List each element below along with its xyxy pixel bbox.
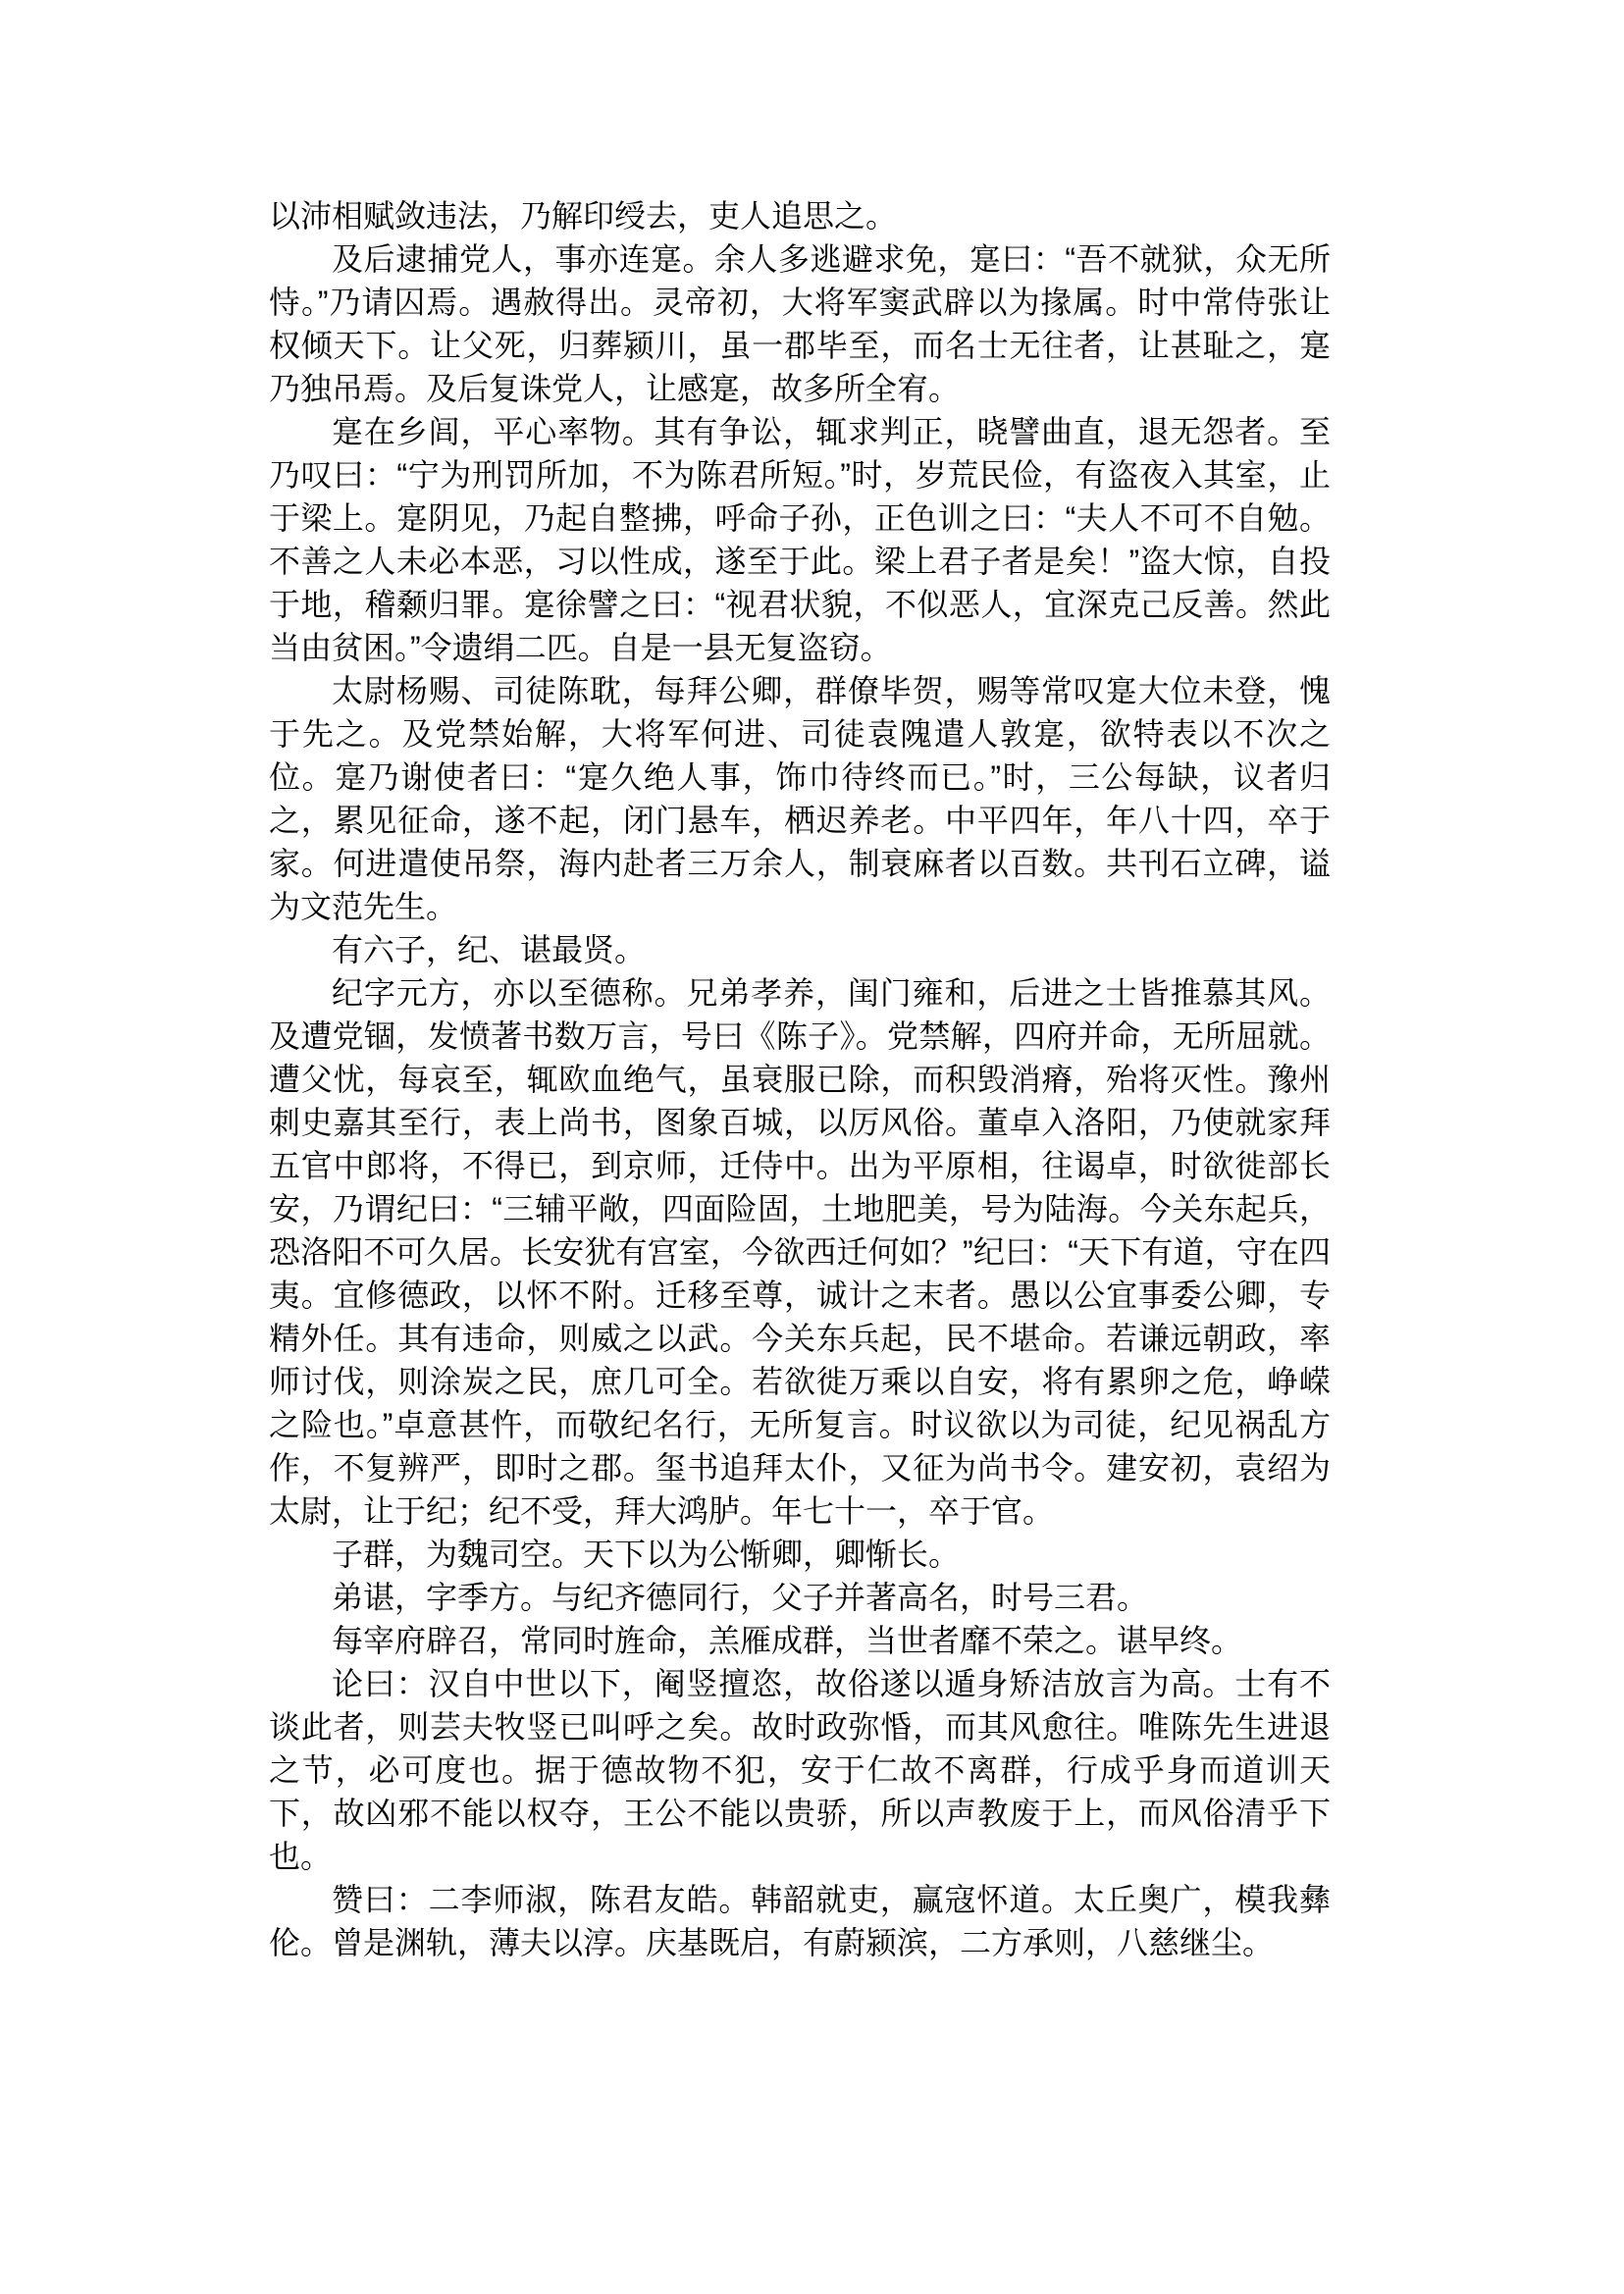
paragraph: 有六子，纪、谌最贤。 [269, 928, 1331, 971]
paragraph: 赞曰：二李师淑，陈君友皓。韩韶就吏，赢寇怀道。太丘奥广，模我彝伦。曾是渊轨，薄夫… [269, 1878, 1331, 1964]
paragraph: 及后逮捕党人，事亦连寔。余人多逃避求免，寔曰：“吾不就狱，众无所恃。”乃请囚焉。… [269, 237, 1331, 410]
paragraph: 寔在乡闾，平心率物。其有争讼，辄求判正，晓譬曲直，退无怨者。至乃叹曰：“宁为刑罚… [269, 410, 1331, 669]
paragraph: 纪字元方，亦以至德称。兄弟孝养，闺门雍和，后进之士皆推慕其风。及遭党锢，发愤著书… [269, 971, 1331, 1533]
paragraph: 每宰府辟召，常同时旌命，羔雁成群，当世者靡不荣之。谌早终。 [269, 1619, 1331, 1662]
paragraph: 太尉杨赐、司徒陈耽，每拜公卿，群僚毕贺，赐等常叹寔大位未登，愧于先之。及党禁始解… [269, 669, 1331, 928]
paragraph: 弟谌，字季方。与纪齐德同行，父子并著高名，时号三君。 [269, 1576, 1331, 1619]
paragraph: 子群，为魏司空。天下以为公惭卿，卿惭长。 [269, 1533, 1331, 1576]
paragraph: 以沛相赋敛违法，乃解印绶去，吏人追思之。 [269, 194, 1331, 237]
document-page: 以沛相赋敛违法，乃解印绶去，吏人追思之。及后逮捕党人，事亦连寔。余人多逃避求免，… [0, 0, 1624, 2294]
paragraph: 论曰：汉自中世以下，阉竖擅恣，故俗遂以遁身矫洁放言为高。士有不谈此者，则芸夫牧竖… [269, 1662, 1331, 1878]
document-text-block: 以沛相赋敛违法，乃解印绶去，吏人追思之。及后逮捕党人，事亦连寔。余人多逃避求免，… [269, 194, 1331, 1964]
